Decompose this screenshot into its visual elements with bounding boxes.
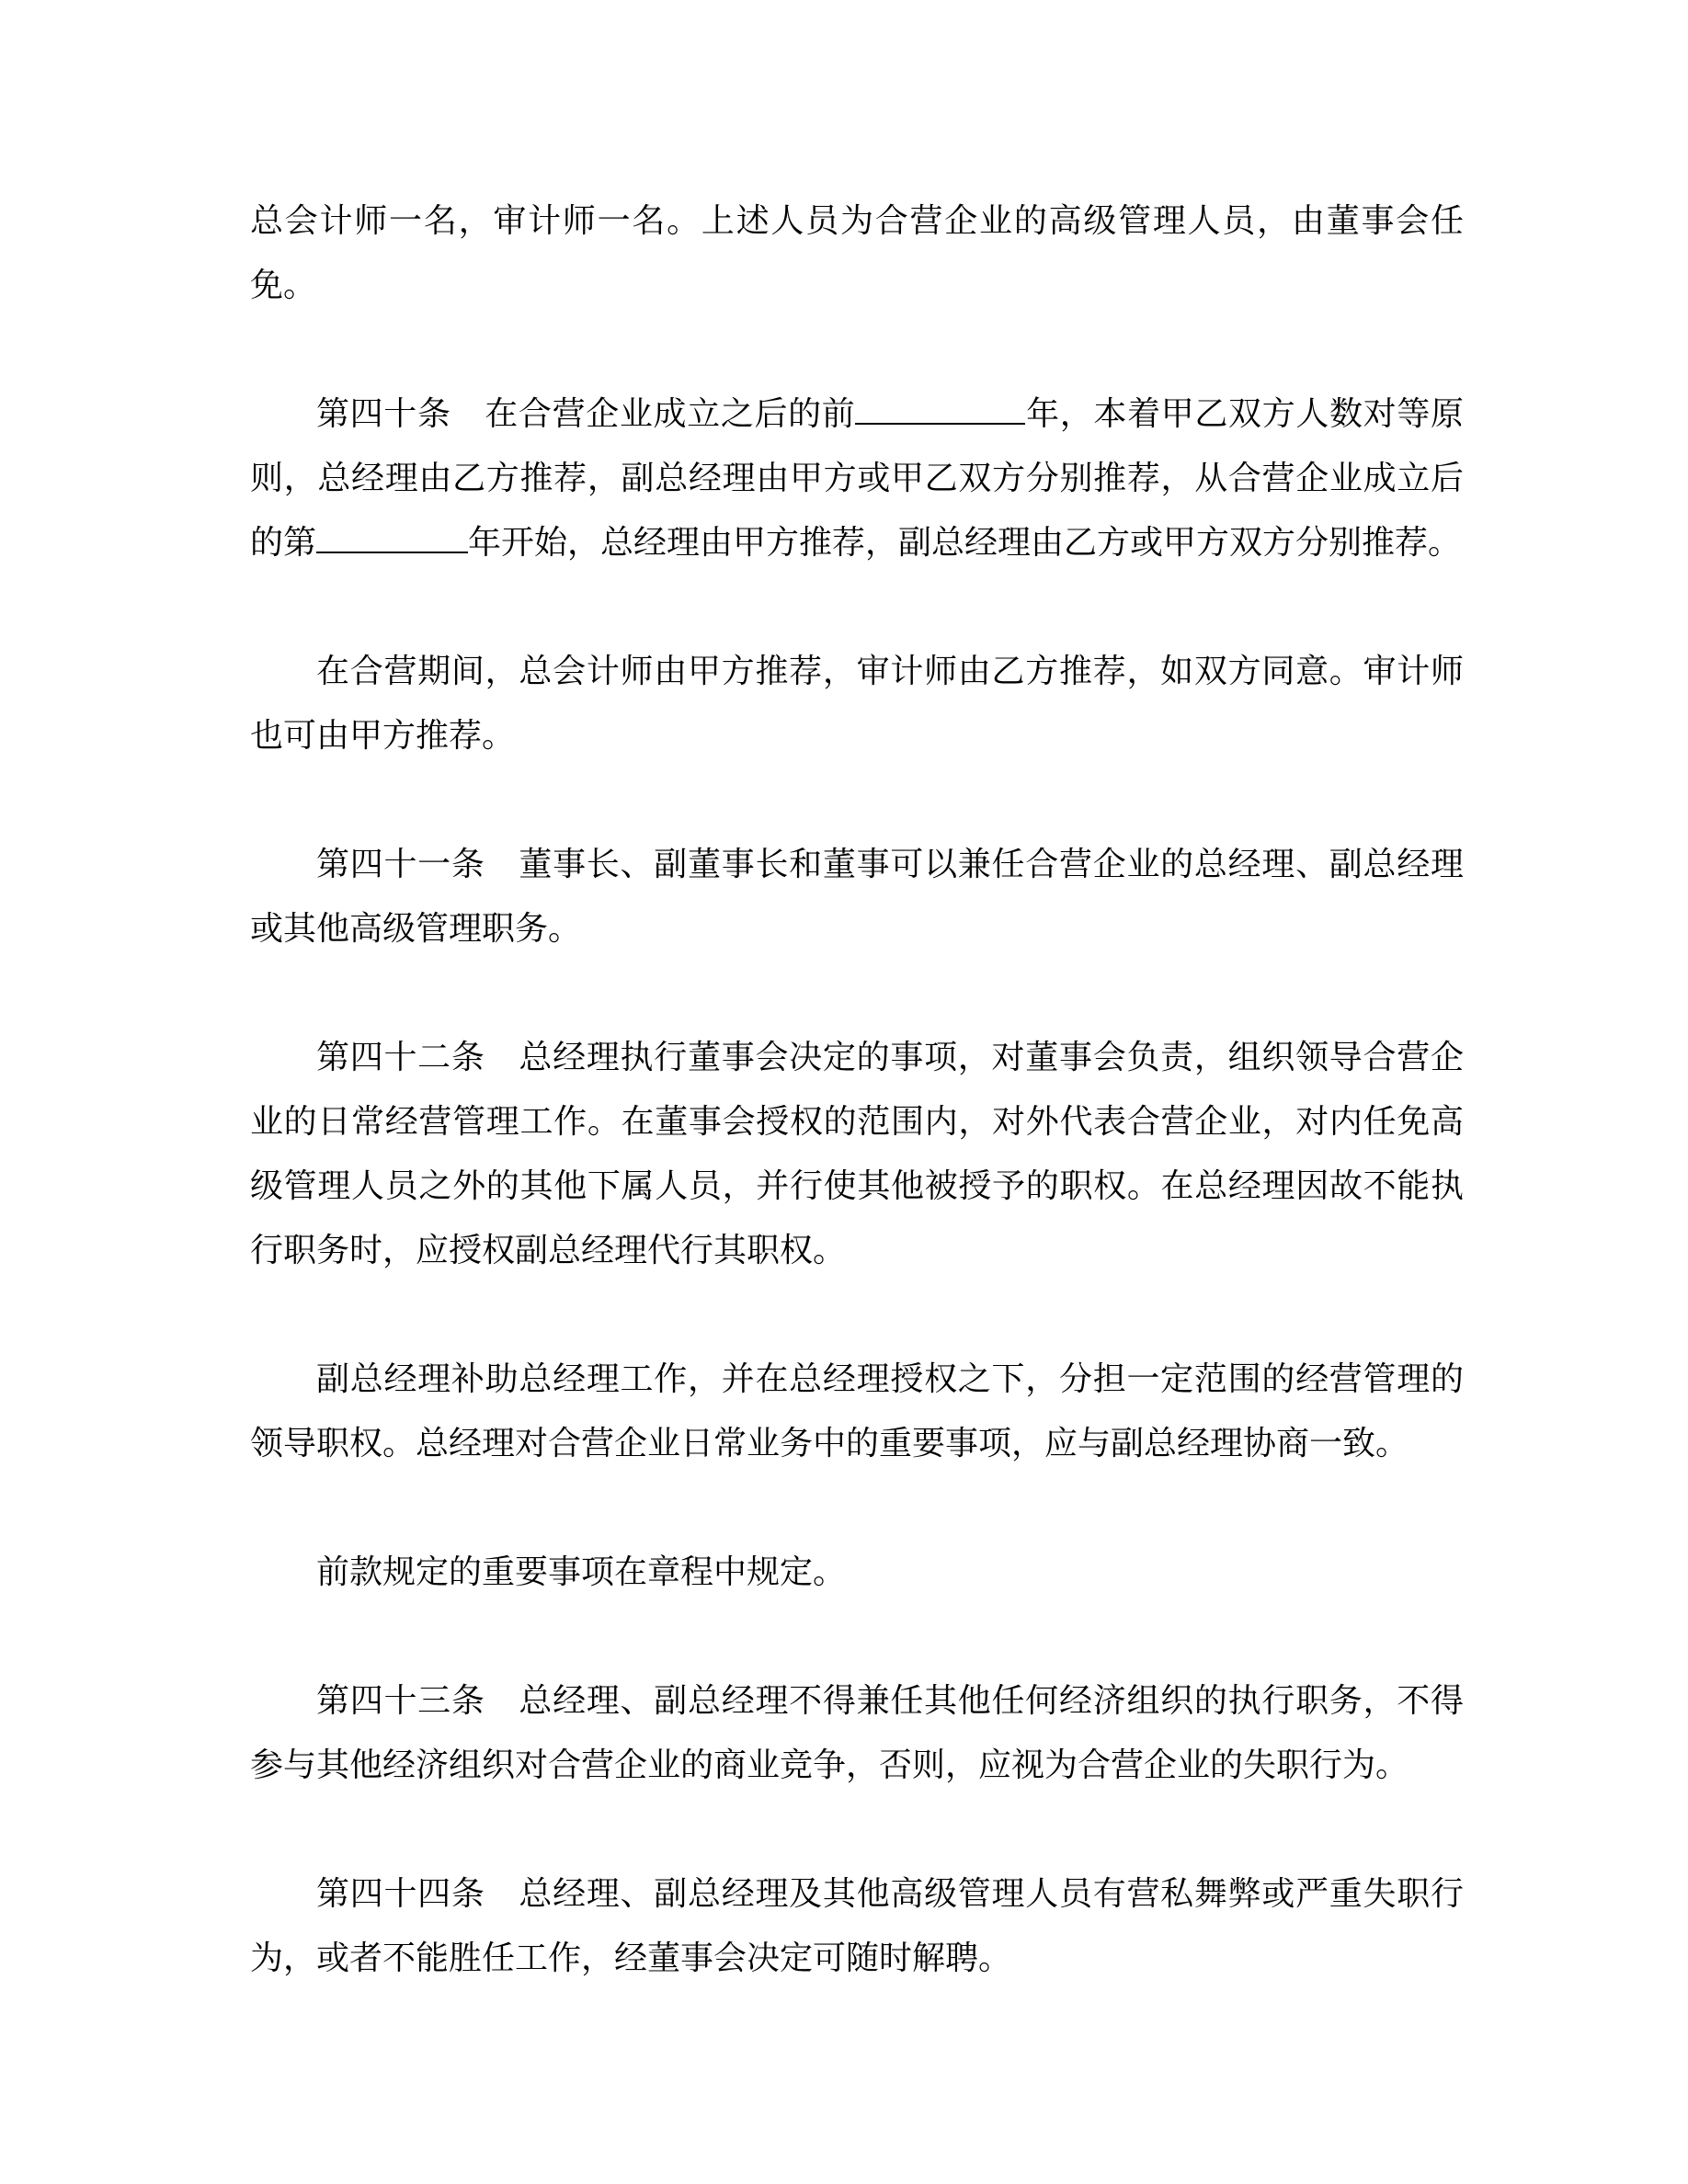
text-run: 第四十一条 董事长、副董事长和董事可以兼任合营企业的总经理、副总经理或其他高级管… bbox=[250, 846, 1464, 947]
article-41: 第四十一条 董事长、副董事长和董事可以兼任合营企业的总经理、副总经理或其他高级管… bbox=[250, 832, 1464, 961]
document-page: 总会计师一名，审计师一名。上述人员为合营企业的高级管理人员，由董事会任免。第四十… bbox=[0, 0, 1688, 2184]
article-42: 第四十二条 总经理执行董事会决定的事项，对董事会负责，组织领导合营企业的日常经营… bbox=[250, 1025, 1464, 1282]
para-continuation-appointment: 总会计师一名，审计师一名。上述人员为合营企业的高级管理人员，由董事会任免。 bbox=[250, 188, 1464, 317]
article-40: 第四十条 在合营企业成立之后的前年，本着甲乙双方人数对等原则，总经理由乙方推荐，… bbox=[250, 381, 1464, 574]
document-body: 总会计师一名，审计师一名。上述人员为合营企业的高级管理人员，由董事会任免。第四十… bbox=[250, 188, 1464, 1990]
para-deputy-general-manager: 副总经理补助总经理工作，并在总经理授权之下，分担一定范围的经营管理的领导职权。总… bbox=[250, 1347, 1464, 1475]
article-43: 第四十三条 总经理、副总经理不得兼任其他任何经济组织的执行职务，不得参与其他经济… bbox=[250, 1668, 1464, 1797]
fill-in-blank-underline bbox=[316, 546, 468, 553]
article-44: 第四十四条 总经理、副总经理及其他高级管理人员有营私舞弊或严重失职行为，或者不能… bbox=[250, 1861, 1464, 1990]
text-run: 第四十四条 总经理、副总经理及其他高级管理人员有营私舞弊或严重失职行为，或者不能… bbox=[250, 1875, 1464, 1976]
text-run: 第四十条 在合营企业成立之后的前 bbox=[316, 395, 855, 432]
text-run: 总会计师一名，审计师一名。上述人员为合营企业的高级管理人员，由董事会任免。 bbox=[250, 202, 1464, 303]
fill-in-blank-underline bbox=[855, 417, 1025, 425]
text-run: 第四十三条 总经理、副总经理不得兼任其他任何经济组织的执行职务，不得参与其他经济… bbox=[250, 1682, 1464, 1783]
text-run: 副总经理补助总经理工作，并在总经理授权之下，分担一定范围的经营管理的领导职权。总… bbox=[250, 1360, 1464, 1462]
text-run: 在合营期间，总会计师由甲方推荐，审计师由乙方推荐，如双方同意。审计师也可由甲方推… bbox=[250, 653, 1464, 754]
para-charter-provision: 前款规定的重要事项在章程中规定。 bbox=[250, 1540, 1464, 1604]
text-run: 第四十二条 总经理执行董事会决定的事项，对董事会负责，组织领导合营企业的日常经营… bbox=[250, 1039, 1464, 1268]
text-run: 年开始，总经理由甲方推荐，副总经理由乙方或甲方双方分别推荐。 bbox=[468, 524, 1461, 561]
text-run: 前款规定的重要事项在章程中规定。 bbox=[316, 1553, 846, 1590]
para-accountant-auditor: 在合营期间，总会计师由甲方推荐，审计师由乙方推荐，如双方同意。审计师也可由甲方推… bbox=[250, 639, 1464, 768]
